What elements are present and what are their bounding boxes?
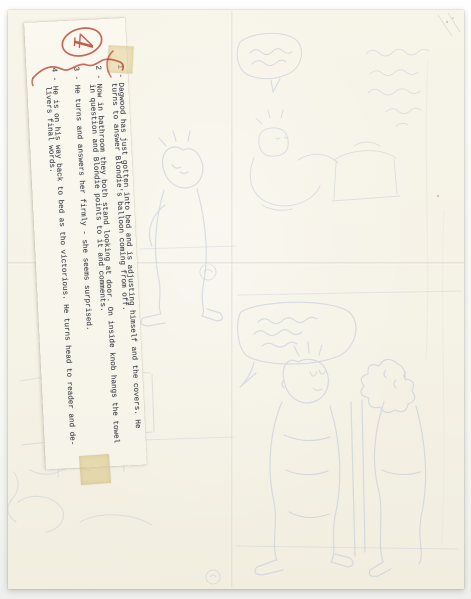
- tape-piece-top: [107, 45, 133, 73]
- tape-piece-bottom: [79, 454, 111, 485]
- fold-crease-vertical: [231, 11, 233, 587]
- scan-background: 1 - Dagwood has just gotten into bed and…: [0, 0, 471, 599]
- typed-note: 1 - Dagwood has just gotten into bed and…: [42, 64, 142, 468]
